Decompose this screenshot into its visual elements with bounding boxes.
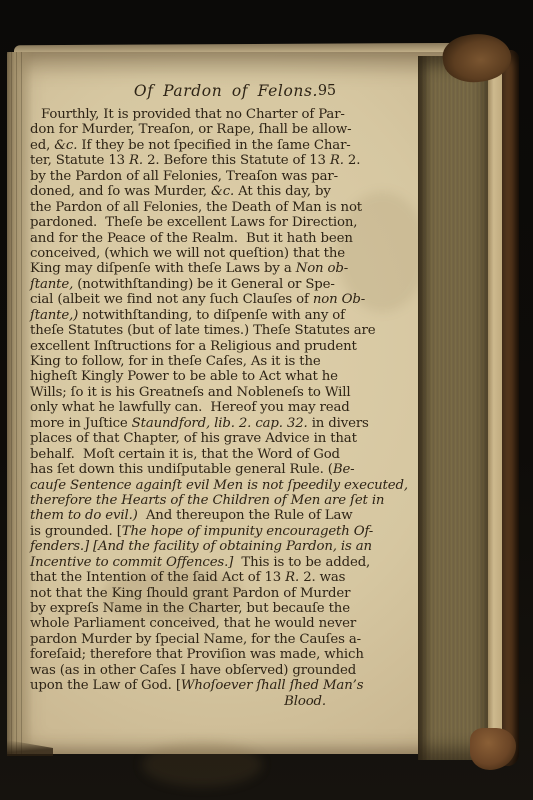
text-block: Of Pardon of Felons. 95 Fourthly, It is … bbox=[30, 82, 422, 709]
text-line: pardon Murder by ſpecial Name, for the C… bbox=[30, 632, 422, 647]
text-line: don for Murder, Treaſon, or Rape, ſhall … bbox=[30, 122, 422, 137]
text-line: is grounded. [The hope of impunity encou… bbox=[30, 524, 422, 539]
text-line: ſtante,) notwithſtanding, to diſpenſe wi… bbox=[30, 308, 422, 323]
text-line: behalf. Moſt certain it is, that the Wor… bbox=[30, 447, 422, 462]
scan-background: { "scan": { "background_color": "#0e0c09… bbox=[0, 0, 533, 800]
running-title: Of Pardon of Felons. bbox=[30, 82, 422, 100]
gutter-page-edge-line bbox=[21, 52, 22, 754]
text-line: cial (albeit we find not any ſuch Clauſe… bbox=[30, 292, 422, 307]
text-line: more in Juſtice Staundford, lib. 2. cap.… bbox=[30, 416, 422, 431]
text-line: therefore the Hearts of the Children of … bbox=[30, 493, 422, 508]
text-line: King to follow, for in theſe Caſes, As i… bbox=[30, 354, 422, 369]
text-line: upon the Law of God. [Whoſoever ſhall ſh… bbox=[30, 678, 422, 693]
text-line: doned, and ſo was Murder, &c. At this da… bbox=[30, 184, 422, 199]
text-line: that the Intention of the ſaid Act of 13… bbox=[30, 570, 422, 585]
text-line: by expreſs Name in the Charter, but beca… bbox=[30, 601, 422, 616]
page-number: 95 bbox=[318, 83, 336, 99]
text-line: pardoned. Theſe be excellent Laws for Di… bbox=[30, 215, 422, 230]
gutter-page-edge-line bbox=[11, 52, 12, 754]
text-line: whole Parliament conceived, that he woul… bbox=[30, 616, 422, 631]
text-line: foreſaid; therefore that Proviſion was m… bbox=[30, 647, 422, 662]
page-header: Of Pardon of Felons. 95 bbox=[30, 82, 422, 106]
text-line: ed, &c. If they be not ſpecified in the … bbox=[30, 138, 422, 153]
text-line: not that the King ſhould grant Pardon of… bbox=[30, 586, 422, 601]
fore-edge bbox=[418, 56, 488, 760]
catchword: Blood. bbox=[30, 694, 422, 709]
text-line: excellent Inſtructions for a Religious a… bbox=[30, 339, 422, 354]
text-line: Incentive to commit Offences.] This is t… bbox=[30, 555, 422, 570]
stain bbox=[142, 742, 262, 787]
text-line: was (as in other Caſes I have obſerved) … bbox=[30, 663, 422, 678]
text-line: fenders.] [And the facility of obtaining… bbox=[30, 539, 422, 554]
text-line: King may diſpenſe with theſe Laws by a N… bbox=[30, 261, 422, 276]
text-line: the Pardon of all Felonies, the Death of… bbox=[30, 200, 422, 215]
text-line: Wills; ſo it is his Greatneſs and Noblen… bbox=[30, 385, 422, 400]
text-line: them to do evil.) And thereupon the Rule… bbox=[30, 508, 422, 523]
text-line: cauſe Sentence againſt evil Men is not ſ… bbox=[30, 478, 422, 493]
text-line: only what he lawfully can. Hereof you ma… bbox=[30, 400, 422, 415]
text-line: ſtante, (notwithſtanding) be it General … bbox=[30, 277, 422, 292]
gutter-page-edge-line bbox=[16, 52, 17, 754]
leather-cover-edge bbox=[502, 50, 519, 766]
text-line: conceived, (which we will not queſtion) … bbox=[30, 246, 422, 261]
text-line: Fourthly, It is provided that no Charter… bbox=[30, 107, 422, 122]
text-line: has ſet down this undiſputable general R… bbox=[30, 462, 422, 477]
leaf-edge-highlight bbox=[488, 58, 502, 758]
text-line: by the Pardon of all Felonies, Treaſon w… bbox=[30, 169, 422, 184]
text-line: places of that Chapter, of his grave Adv… bbox=[30, 431, 422, 446]
text-line: ter, Statute 13 R. 2. Before this Statut… bbox=[30, 153, 422, 168]
text-line: theſe Statutes (but of late times.) Theſ… bbox=[30, 323, 422, 338]
text-line: higheſt Kingly Power to be able to Act w… bbox=[30, 369, 422, 384]
text-line: and for the Peace of the Realm. But it h… bbox=[30, 231, 422, 246]
